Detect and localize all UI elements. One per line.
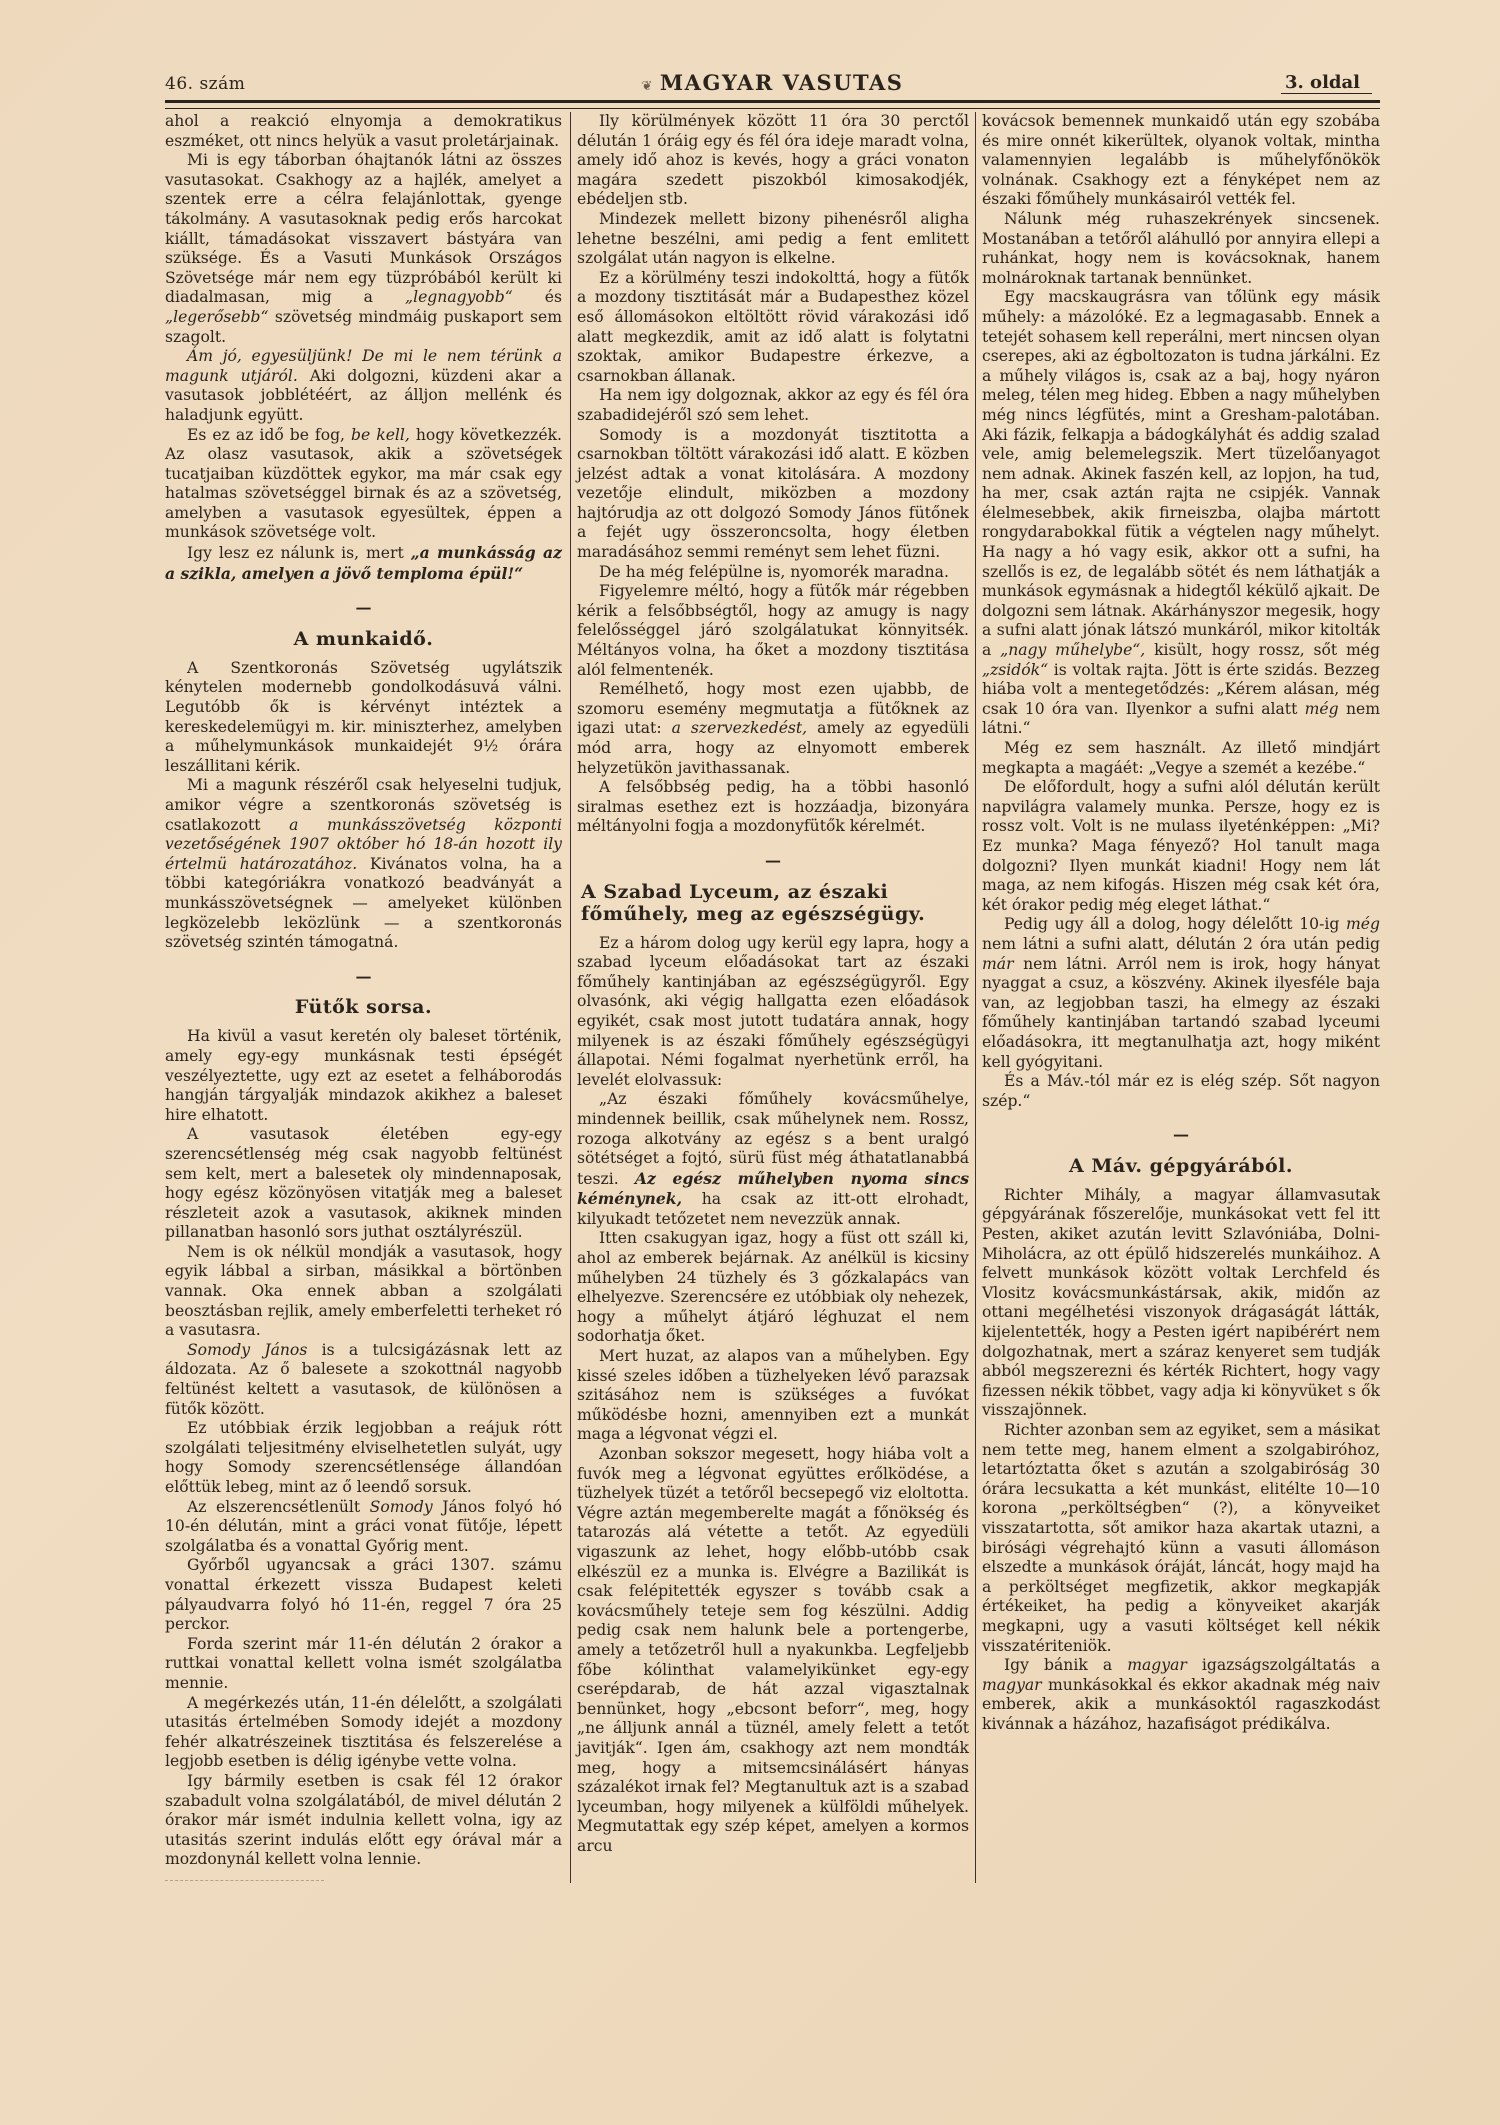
paragraph: Ez utóbbiak érzik legjobban a reájuk rót… [165,1419,562,1497]
column-3: kovácsok bemennek munkaidő után egy szob… [975,112,1380,1883]
paragraph: Remélhető, hogy most ezen ujabbb, de szo… [577,680,969,778]
paragraph: De előfordult, hogy a sufni alól délután… [982,778,1380,915]
paragraph: Ha nem igy dolgoznak, akkor az egy és fé… [577,386,969,425]
paragraph: Richter Mihály, a magyar államvasutak gé… [982,1186,1380,1421]
paragraph: Mi a magunk részéről csak helyeselni tud… [165,776,562,952]
paragraph: Nálunk még ruhaszekrények sincsenek. Mos… [982,210,1380,288]
paragraph: Figyelemre méltó, hogy a fütők már régeb… [577,582,969,680]
paragraph: És a Máv.-tól már ez is elég szép. Sőt n… [982,1072,1380,1111]
article-heading-mav-gepgyar: A Máv. gépgyárából. [982,1155,1380,1177]
paragraph: A felsőbbség pedig, ha a többi hasonló s… [577,778,969,837]
paragraph: „Az északi főműhely kovácsműhelye, minde… [577,1090,969,1229]
paragraph: kovácsok bemennek munkaidő után egy szob… [982,112,1380,210]
paragraph: Mi is egy táborban óhajtanók látni az ös… [165,151,562,347]
paragraph: Ily körülmények között 11 óra 30 perctől… [577,112,969,210]
paragraph: Még ez sem használt. Az illető mindjárt … [982,739,1380,778]
column-end-mark [165,1880,324,1883]
paragraph: Győrből ugyancsak a gráci 1307. számu vo… [165,1556,562,1634]
paragraph: Es ez az idő be fog, be kell, hogy követ… [165,426,562,544]
paragraph: Egy macskaugrásra van tőlünk egy másik m… [982,288,1380,739]
paragraph: A Szentkoronás Szövetség ugylátszik kény… [165,659,562,777]
section-separator: — [577,851,969,871]
paragraph: A megérkezés után, 11-én délelőtt, a szo… [165,1694,562,1772]
column-2: Ily körülmények között 11 óra 30 perctől… [570,112,975,1883]
paragraph: Ám jó, egyesüljünk! De mi le nem térünk … [165,347,562,425]
paragraph: Forda szerint már 11-én délután 2 órakor… [165,1635,562,1694]
paragraph: Ez a körülmény teszi indokolttá, hogy a … [577,269,969,387]
paragraph: Igy bánik a magyar igazságszolgáltatás a… [982,1656,1380,1734]
article-heading-futok-sorsa: Fütők sorsa. [165,996,562,1018]
masthead-rule [165,100,1380,109]
paragraph: De ha még felépülne is, nyomorék maradna… [577,563,969,583]
article-heading-szabad-lyceum: A Szabad Lyceum, az északi főműhely, meg… [577,881,969,925]
paragraph: Igy lesz ez nálunk is, mert „a munkásság… [165,543,562,584]
section-separator: — [165,967,562,987]
paragraph: Az elszerencsétlenült Somody János folyó… [165,1498,562,1557]
paragraph: A vasutasok életében egy-egy szerencsétl… [165,1125,562,1243]
ornament-icon: ❦ [642,79,654,94]
section-separator: — [165,598,562,618]
paragraph: ahol a reakció elnyomja a demokratikus e… [165,112,562,151]
page-number: 3. oldal [1281,72,1372,94]
masthead: 46. szám ❦MAGYAR VASUTAS 3. oldal [165,68,1380,98]
paragraph: Ez a három dolog ugy kerül egy lapra, ho… [577,934,969,1091]
paragraph: Mindezek mellett bizony pihenésről aligh… [577,210,969,269]
paragraph: Somody János is a tulcsigázásnak lett az… [165,1341,562,1419]
paragraph: Nem is ok nélkül mondják a vasutasok, ho… [165,1243,562,1341]
newspaper-title: ❦MAGYAR VASUTAS [165,70,1380,95]
paragraph: Azonban sokszor megesett, hogy hiába vol… [577,1445,969,1856]
paragraph: Mert huzat, az alapos van a műhelyben. E… [577,1347,969,1445]
paragraph: Pedig ugy áll a dolog, hogy délelőtt 10-… [982,915,1380,1072]
newspaper-page: 46. szám ❦MAGYAR VASUTAS 3. oldal ahol a… [165,68,1380,1883]
paragraph: Itten csakugyan igaz, hogy a füst ott sz… [577,1229,969,1347]
paragraph: Ha kivül a vasut keretén oly baleset tör… [165,1027,562,1125]
paragraph: Igy bármily esetben is csak fél 12 órako… [165,1772,562,1870]
article-heading-munkaido: A munkaidő. [165,628,562,650]
paragraph: Somody is a mozdonyát tisztitotta a csar… [577,426,969,563]
section-separator: — [982,1125,1380,1145]
columns: ahol a reakció elnyomja a demokratikus e… [165,112,1380,1883]
paragraph: Richter azonban sem az egyiket, sem a má… [982,1421,1380,1656]
title-text: MAGYAR VASUTAS [660,70,904,95]
column-1: ahol a reakció elnyomja a demokratikus e… [165,112,570,1883]
